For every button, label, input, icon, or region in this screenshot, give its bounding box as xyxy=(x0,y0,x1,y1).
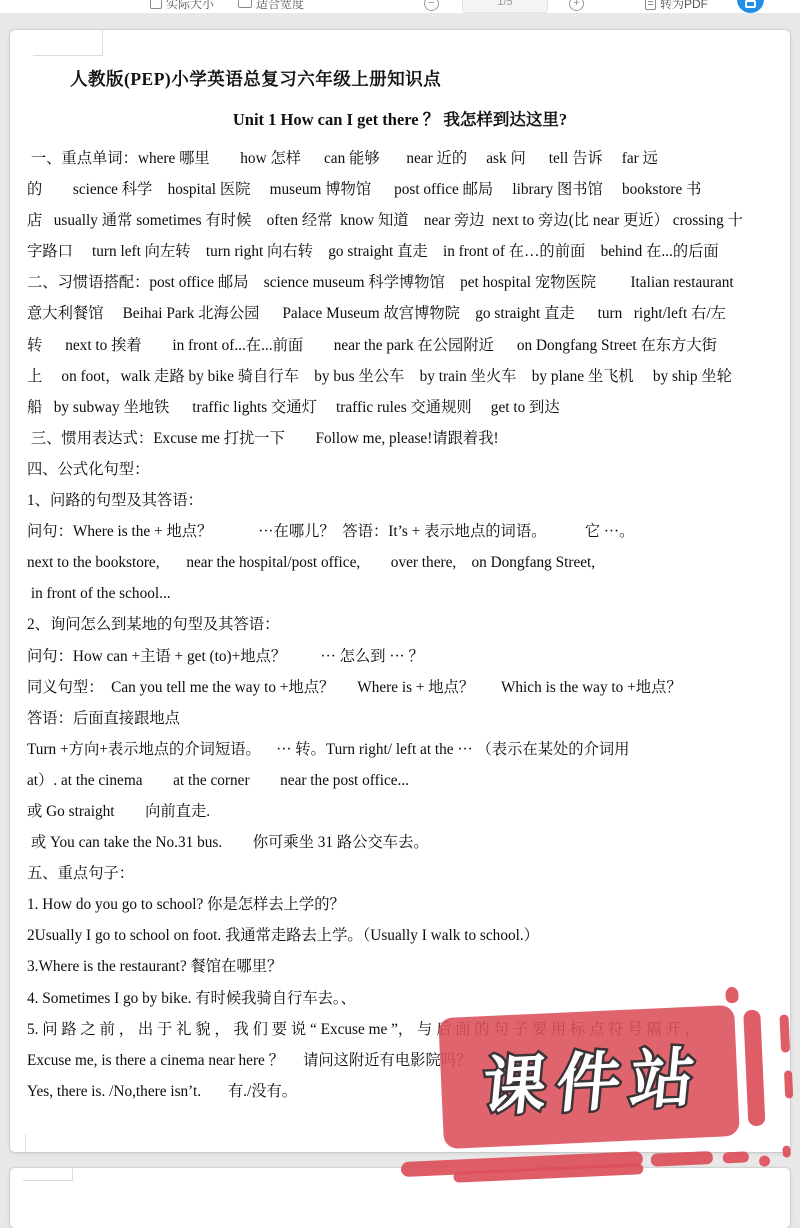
document-line: 五、重点句子： xyxy=(27,858,783,889)
document-title: 人教版(PEP)小学英语总复习六年级上册知识点 xyxy=(70,66,441,91)
actual-size-icon xyxy=(150,0,162,9)
zoom-out-button[interactable]: − xyxy=(424,0,439,13)
actual-size-button[interactable]: 实际大小 xyxy=(150,0,214,13)
zoom-out-icon: − xyxy=(424,0,439,11)
convert-pdf-icon xyxy=(645,0,656,10)
convert-pdf-label: 转为PDF xyxy=(660,0,708,12)
document-line: next to the bookstore, near the hospital… xyxy=(27,547,783,578)
scan-corner-artifact xyxy=(23,1168,73,1181)
document-line: 三、惯用表达式：Excuse me 打扰一下 Follow me, please… xyxy=(27,423,783,454)
document-line: 答语：后面直接跟地点 xyxy=(27,703,783,734)
document-line: 1. How do you go to school? 你是怎样去上学的？ xyxy=(27,889,783,920)
document-line: 上 on foot，walk 走路 by bike 骑自行车 by bus 坐公… xyxy=(27,361,783,392)
document-line: 的 science 科学 hospital 医院 museum 博物馆 post… xyxy=(27,174,783,205)
document-page-1: 人教版(PEP)小学英语总复习六年级上册知识点 Unit 1 How can I… xyxy=(10,30,790,1152)
scan-corner-artifact xyxy=(33,30,103,56)
document-line: 或 You can take the No.31 bus. 你可乘坐 31 路公… xyxy=(27,827,783,858)
stamp-brush-stroke xyxy=(723,1151,749,1163)
document-line: 4. Sometimes I go by bike. 有时候我骑自行车去。、 xyxy=(27,983,783,1014)
document-line: in front of the school... xyxy=(27,578,783,609)
feedback-icon xyxy=(745,0,756,8)
document-line: 船 by subway 坐地铁 traffic lights 交通灯 traff… xyxy=(27,392,783,423)
document-line: 字路口 turn left 向左转 turn right 向右转 go stra… xyxy=(27,236,783,267)
document-line: 3.Where is the restaurant? 餐馆在哪里？ xyxy=(27,951,783,982)
document-body: 一、重点单词：where 哪里 how 怎样 can 能够 near 近的 as… xyxy=(27,143,783,1107)
document-line: Yes, there is. /No,there isn’t. 有./没有。 xyxy=(27,1076,783,1107)
fit-width-icon xyxy=(238,0,252,8)
fit-width-button[interactable]: 适合宽度 xyxy=(238,0,304,13)
document-line: 转 next to 挨着 in front of...在...前面 near t… xyxy=(27,330,783,361)
document-line: 意大利餐馆 Beihai Park 北海公园 Palace Museum 故宫博… xyxy=(27,298,783,329)
fit-width-label: 适合宽度 xyxy=(256,0,304,12)
document-line: at）. at the cinema at the corner near th… xyxy=(27,765,783,796)
document-line: 二、习惯语搭配：post office 邮局 science museum 科学… xyxy=(27,267,783,298)
unit-heading: Unit 1 How can I get there ？ 我怎样到达这里? xyxy=(10,106,790,130)
scan-edge-artifact xyxy=(25,1134,26,1152)
document-line: 5. 问 路 之 前 ， 出 于 礼 貌 ， 我 们 要 说 “ Excuse … xyxy=(27,1014,783,1045)
viewer-toolbar: 实际大小 适合宽度 − 1/5 + 转为PDF xyxy=(0,0,800,13)
document-line: 一、重点单词：where 哪里 how 怎样 can 能够 near 近的 as… xyxy=(27,143,783,174)
document-line: 2Usually I go to school on foot. 我通常走路去上… xyxy=(27,920,783,951)
page-indicator: 1/5 xyxy=(497,0,512,8)
zoom-in-icon: + xyxy=(569,0,584,11)
document-page-2 xyxy=(10,1168,790,1200)
document-line: 问句：How can +主语 + get (to)+地点？ ··· 怎么到 ··… xyxy=(27,641,783,672)
document-line: 店 usually 通常 sometimes 有时候 often 经常 know… xyxy=(27,205,783,236)
document-line: 或 Go straight 向前直走. xyxy=(27,796,783,827)
page-indicator-input[interactable]: 1/5 xyxy=(462,0,548,13)
document-line: 1、问路的句型及其答语： xyxy=(27,485,783,516)
convert-pdf-button[interactable]: 转为PDF xyxy=(645,0,708,13)
actual-size-label: 实际大小 xyxy=(166,0,214,12)
document-line: 问句：Where is the + 地点？ ···在哪儿？ 答语：It’s + … xyxy=(27,516,783,547)
document-line: 2、询问怎么到某地的句型及其答语： xyxy=(27,609,783,640)
zoom-in-button[interactable]: + xyxy=(569,0,584,13)
stamp-brush-dot xyxy=(759,1155,770,1166)
document-line: Excuse me, is there a cinema near here ？… xyxy=(27,1045,783,1076)
document-line: 四、公式化句型： xyxy=(27,454,783,485)
stamp-brush-stroke xyxy=(651,1151,714,1167)
document-line: Turn +方向+表示地点的介词短语。 ··· 转。Turn right/ le… xyxy=(27,734,783,765)
document-line: 同义句型： Can you tell me the way to +地点？ Wh… xyxy=(27,672,783,703)
